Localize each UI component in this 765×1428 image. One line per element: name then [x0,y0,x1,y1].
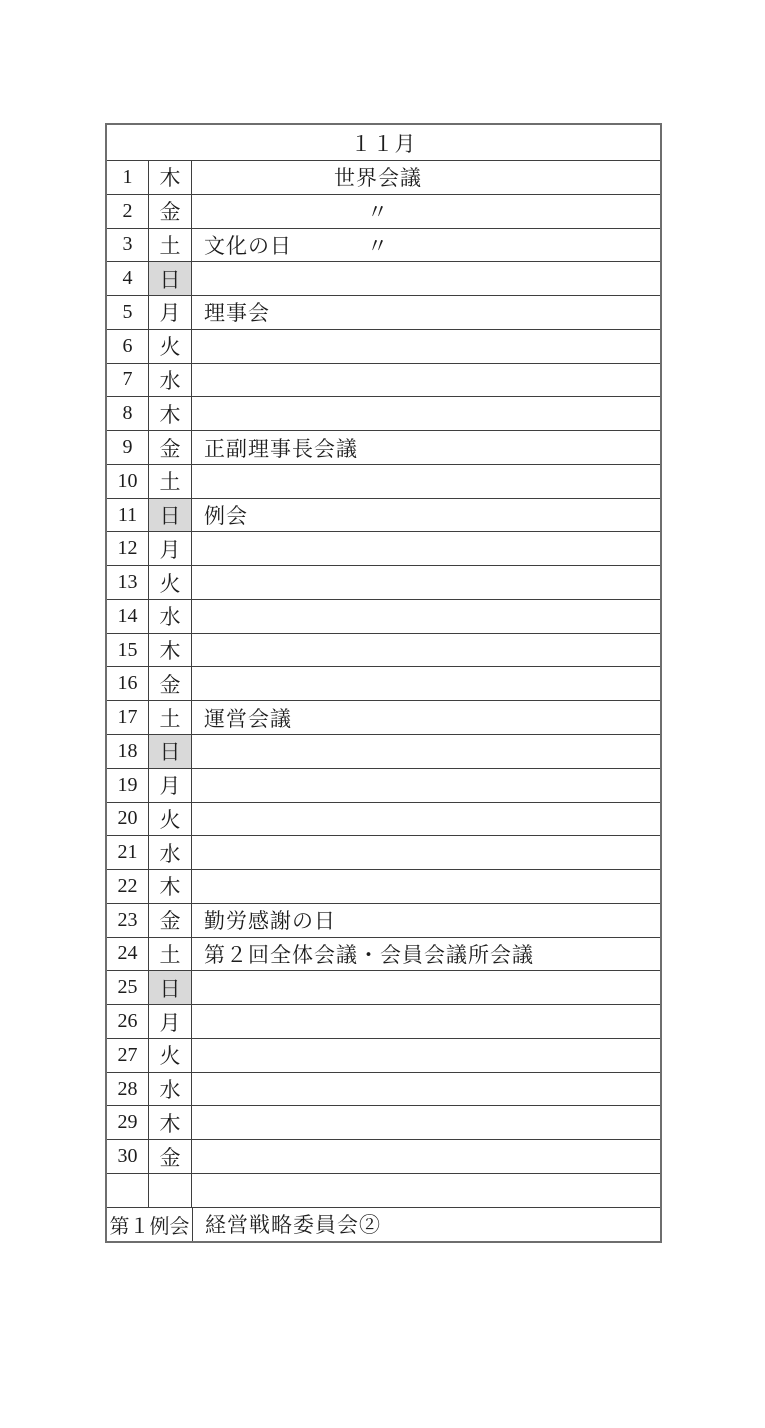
event-cell: 例会 [191,499,660,532]
event-cell [191,870,660,903]
footer-event-cell: 経営戦略委員会② [192,1208,660,1241]
day-number-cell: 5 [107,296,148,329]
table-row: 30 金 [107,1139,660,1173]
day-number-cell: 29 [107,1106,148,1139]
table-row: 21 水 [107,835,660,869]
table-row: 16 金 [107,666,660,700]
event-text: 例会 [192,500,248,530]
event-cell: 文化の日 〃 [191,229,660,262]
day-number-cell: 22 [107,870,148,903]
weekday-cell: 土 [148,229,191,262]
event-cell: 勤労感謝の日 [191,904,660,937]
day-number-cell: 19 [107,769,148,802]
day-number-cell: 28 [107,1073,148,1106]
day-number-cell: 26 [107,1005,148,1038]
event-cell: 〃 [191,195,660,228]
weekday-cell: 金 [148,667,191,700]
weekday-cell: 金 [148,431,191,464]
weekday-cell: 日 [148,735,191,768]
day-number-cell: 6 [107,330,148,363]
event-note: 世界会議 [334,162,422,192]
table-row: 4 日 [107,261,660,295]
footer-event-text: 経営戦略委員会② [193,1209,381,1239]
weekday-cell: 月 [148,532,191,565]
table-row: 24 土 第２回全体会議・会員会議所会議 [107,937,660,971]
event-cell [191,667,660,700]
weekday-cell [148,1174,191,1207]
event-text: 勤労感謝の日 [192,905,336,935]
table-row: 11 日 例会 [107,498,660,532]
event-cell [191,1174,660,1207]
weekday-cell: 木 [148,161,191,194]
event-cell: 運営会議 [191,701,660,734]
weekday-cell: 水 [148,600,191,633]
event-cell [191,364,660,397]
event-text: 文化の日 [192,230,292,260]
weekday-cell: 月 [148,769,191,802]
day-number-cell: 20 [107,803,148,836]
table-row: 26 月 [107,1004,660,1038]
day-number-cell: 25 [107,971,148,1004]
weekday-cell: 月 [148,296,191,329]
event-cell [191,1073,660,1106]
table-row: 22 木 [107,869,660,903]
day-number-cell: 15 [107,634,148,667]
event-cell [191,634,660,667]
event-cell [191,803,660,836]
event-cell [191,1106,660,1139]
table-row: 18 日 [107,734,660,768]
calendar-rows: 1 木 世界会議 2 金 〃 3 土 文化の日 〃 4 日 5 月 [107,160,660,1207]
event-cell [191,1140,660,1173]
event-cell [191,465,660,498]
day-number-cell: 1 [107,161,148,194]
weekday-cell: 日 [148,262,191,295]
weekday-cell: 火 [148,330,191,363]
day-number-cell: 9 [107,431,148,464]
table-row: 12 月 [107,531,660,565]
day-number-cell: 13 [107,566,148,599]
table-row: 13 火 [107,565,660,599]
event-cell [191,769,660,802]
table-row: 15 木 [107,633,660,667]
event-cell [191,1005,660,1038]
table-row: 8 木 [107,396,660,430]
event-cell: 世界会議 [191,161,660,194]
table-row: 29 木 [107,1105,660,1139]
event-note: 〃 [367,196,389,226]
weekday-cell: 土 [148,701,191,734]
table-row: 5 月 理事会 [107,295,660,329]
day-number-cell [107,1174,148,1207]
day-number-cell: 4 [107,262,148,295]
table-row: 1 木 世界会議 [107,160,660,194]
weekday-cell: 日 [148,499,191,532]
day-number-cell: 10 [107,465,148,498]
weekday-cell: 木 [148,397,191,430]
day-number-cell: 21 [107,836,148,869]
event-cell [191,836,660,869]
event-text: 正副理事長会議 [192,433,358,463]
event-cell [191,566,660,599]
weekday-cell: 火 [148,566,191,599]
footer-row: 第１例会 経営戦略委員会② [107,1207,660,1241]
table-row: 28 水 [107,1072,660,1106]
day-number-cell: 16 [107,667,148,700]
month-title: １１月 [351,128,417,158]
table-row: 17 土 運営会議 [107,700,660,734]
day-number-cell: 23 [107,904,148,937]
table-row: 20 火 [107,802,660,836]
event-cell [191,532,660,565]
day-number-cell: 18 [107,735,148,768]
day-number-cell: 12 [107,532,148,565]
event-cell [191,735,660,768]
event-cell: 正副理事長会議 [191,431,660,464]
day-number-cell: 17 [107,701,148,734]
event-note: 〃 [367,230,389,260]
event-cell [191,397,660,430]
weekday-cell: 火 [148,1039,191,1072]
table-row: 10 土 [107,464,660,498]
event-cell [191,330,660,363]
weekday-cell: 水 [148,836,191,869]
day-number-cell: 30 [107,1140,148,1173]
event-cell [191,600,660,633]
day-number-cell: 3 [107,229,148,262]
event-cell [191,262,660,295]
event-cell: 第２回全体会議・会員会議所会議 [191,938,660,971]
table-row: 3 土 文化の日 〃 [107,228,660,262]
event-text: 第２回全体会議・会員会議所会議 [192,939,534,969]
footer-label-cell: 第１例会 [107,1208,192,1241]
weekday-cell: 火 [148,803,191,836]
table-header-row: １１月 [107,125,660,160]
table-row: 2 金 〃 [107,194,660,228]
weekday-cell: 月 [148,1005,191,1038]
weekday-cell: 金 [148,904,191,937]
event-cell [191,971,660,1004]
weekday-cell: 金 [148,195,191,228]
day-number-cell: 8 [107,397,148,430]
weekday-cell: 木 [148,634,191,667]
weekday-cell: 日 [148,971,191,1004]
table-row: 23 金 勤労感謝の日 [107,903,660,937]
table-row [107,1173,660,1207]
november-schedule-table: １１月 1 木 世界会議 2 金 〃 3 土 文化の日 〃 4 日 [105,123,662,1243]
event-cell: 理事会 [191,296,660,329]
day-number-cell: 7 [107,364,148,397]
table-row: 25 日 [107,970,660,1004]
weekday-cell: 木 [148,1106,191,1139]
weekday-cell: 水 [148,1073,191,1106]
document-page: １１月 1 木 世界会議 2 金 〃 3 土 文化の日 〃 4 日 [0,0,765,1428]
table-row: 6 火 [107,329,660,363]
table-row: 14 水 [107,599,660,633]
weekday-cell: 土 [148,938,191,971]
weekday-cell: 金 [148,1140,191,1173]
day-number-cell: 14 [107,600,148,633]
table-row: 7 水 [107,363,660,397]
day-number-cell: 24 [107,938,148,971]
event-text: 理事会 [192,297,270,327]
weekday-cell: 水 [148,364,191,397]
table-row: 27 火 [107,1038,660,1072]
table-row: 19 月 [107,768,660,802]
weekday-cell: 木 [148,870,191,903]
event-text: 運営会議 [192,703,292,733]
table-row: 9 金 正副理事長会議 [107,430,660,464]
day-number-cell: 2 [107,195,148,228]
weekday-cell: 土 [148,465,191,498]
event-cell [191,1039,660,1072]
day-number-cell: 11 [107,499,148,532]
day-number-cell: 27 [107,1039,148,1072]
